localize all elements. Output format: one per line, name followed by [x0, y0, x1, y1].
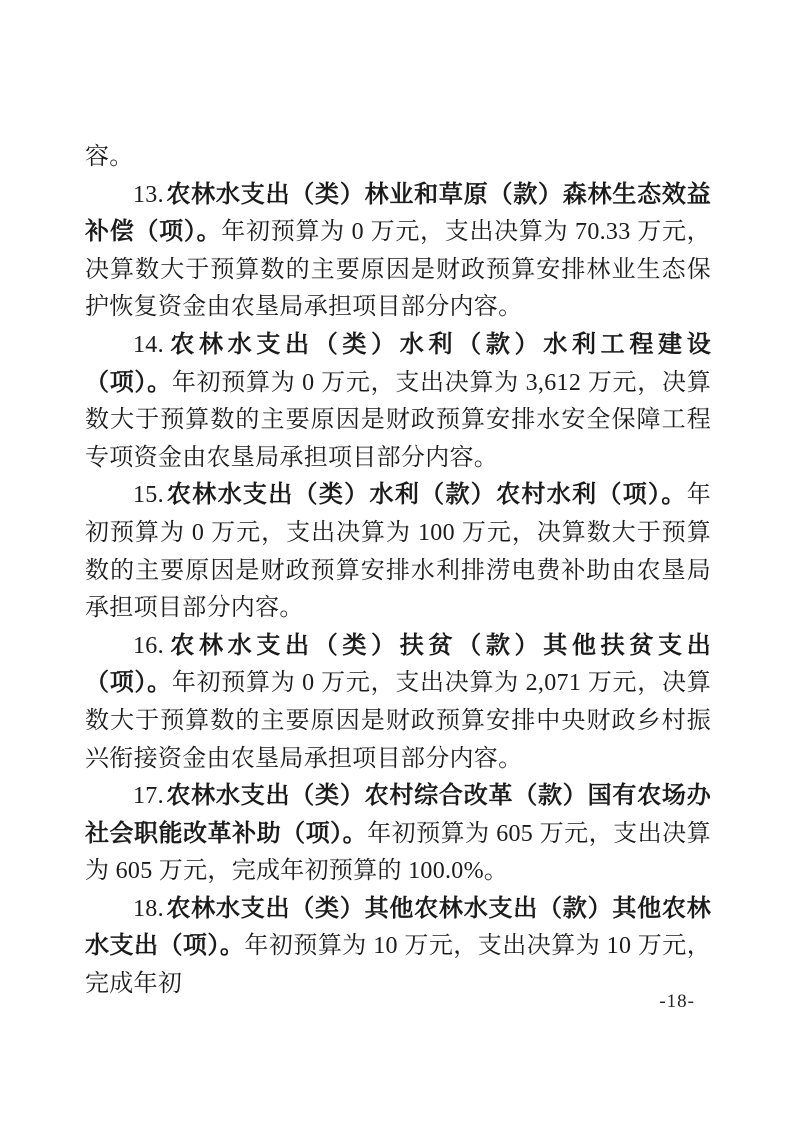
paragraph-number: 14. — [133, 332, 166, 358]
paragraph-item-17: 17.农林水支出（类）农村综合改革（款）国有农场办社会职能改革补助（项）。年初预… — [85, 778, 711, 891]
paragraph-number: 16. — [133, 633, 166, 659]
paragraph-text: 容。 — [85, 144, 134, 170]
paragraph-number: 13. — [133, 182, 166, 208]
paragraph-number: 18. — [133, 896, 166, 922]
paragraph-number: 17. — [133, 783, 166, 809]
paragraph-item-14: 14.农林水支出（类）水利（款）水利工程建设（项）。年初预算为 0 万元，支出决… — [85, 327, 711, 477]
paragraph-number: 15. — [133, 482, 166, 508]
paragraph-item-13: 13.农林水支出（类）林业和草原（款）森林生态效益补偿（项）。年初预算为 0 万… — [85, 177, 711, 327]
paragraph-continuation: 容。 — [85, 139, 711, 177]
paragraph-item-18: 18.农林水支出（类）其他农林水支出（款）其他农林水支出（项）。年初预算为 10… — [85, 891, 711, 1004]
paragraph-heading: 农林水支出（类）水利（款）农村水利（项）。 — [166, 482, 687, 508]
document-page: 容。 13.农林水支出（类）林业和草原（款）森林生态效益补偿（项）。年初预算为 … — [0, 0, 794, 1123]
document-body: 容。 13.农林水支出（类）林业和草原（款）森林生态效益补偿（项）。年初预算为 … — [85, 139, 711, 1004]
paragraph-body: 年初预算为 0 万元，支出决算为 2,071 万元，决算数大于预算数的主要原因是… — [85, 670, 711, 771]
page-number: -18- — [659, 990, 695, 1014]
paragraph-body: 年初预算为 0 万元，支出决算为 3,612 万元，决算数大于预算数的主要原因是… — [85, 370, 711, 471]
paragraph-item-15: 15.农林水支出（类）水利（款）农村水利（项）。年初预算为 0 万元，支出决算为… — [85, 477, 711, 627]
paragraph-item-16: 16.农林水支出（类）扶贫（款）其他扶贫支出（项）。年初预算为 0 万元，支出决… — [85, 628, 711, 778]
